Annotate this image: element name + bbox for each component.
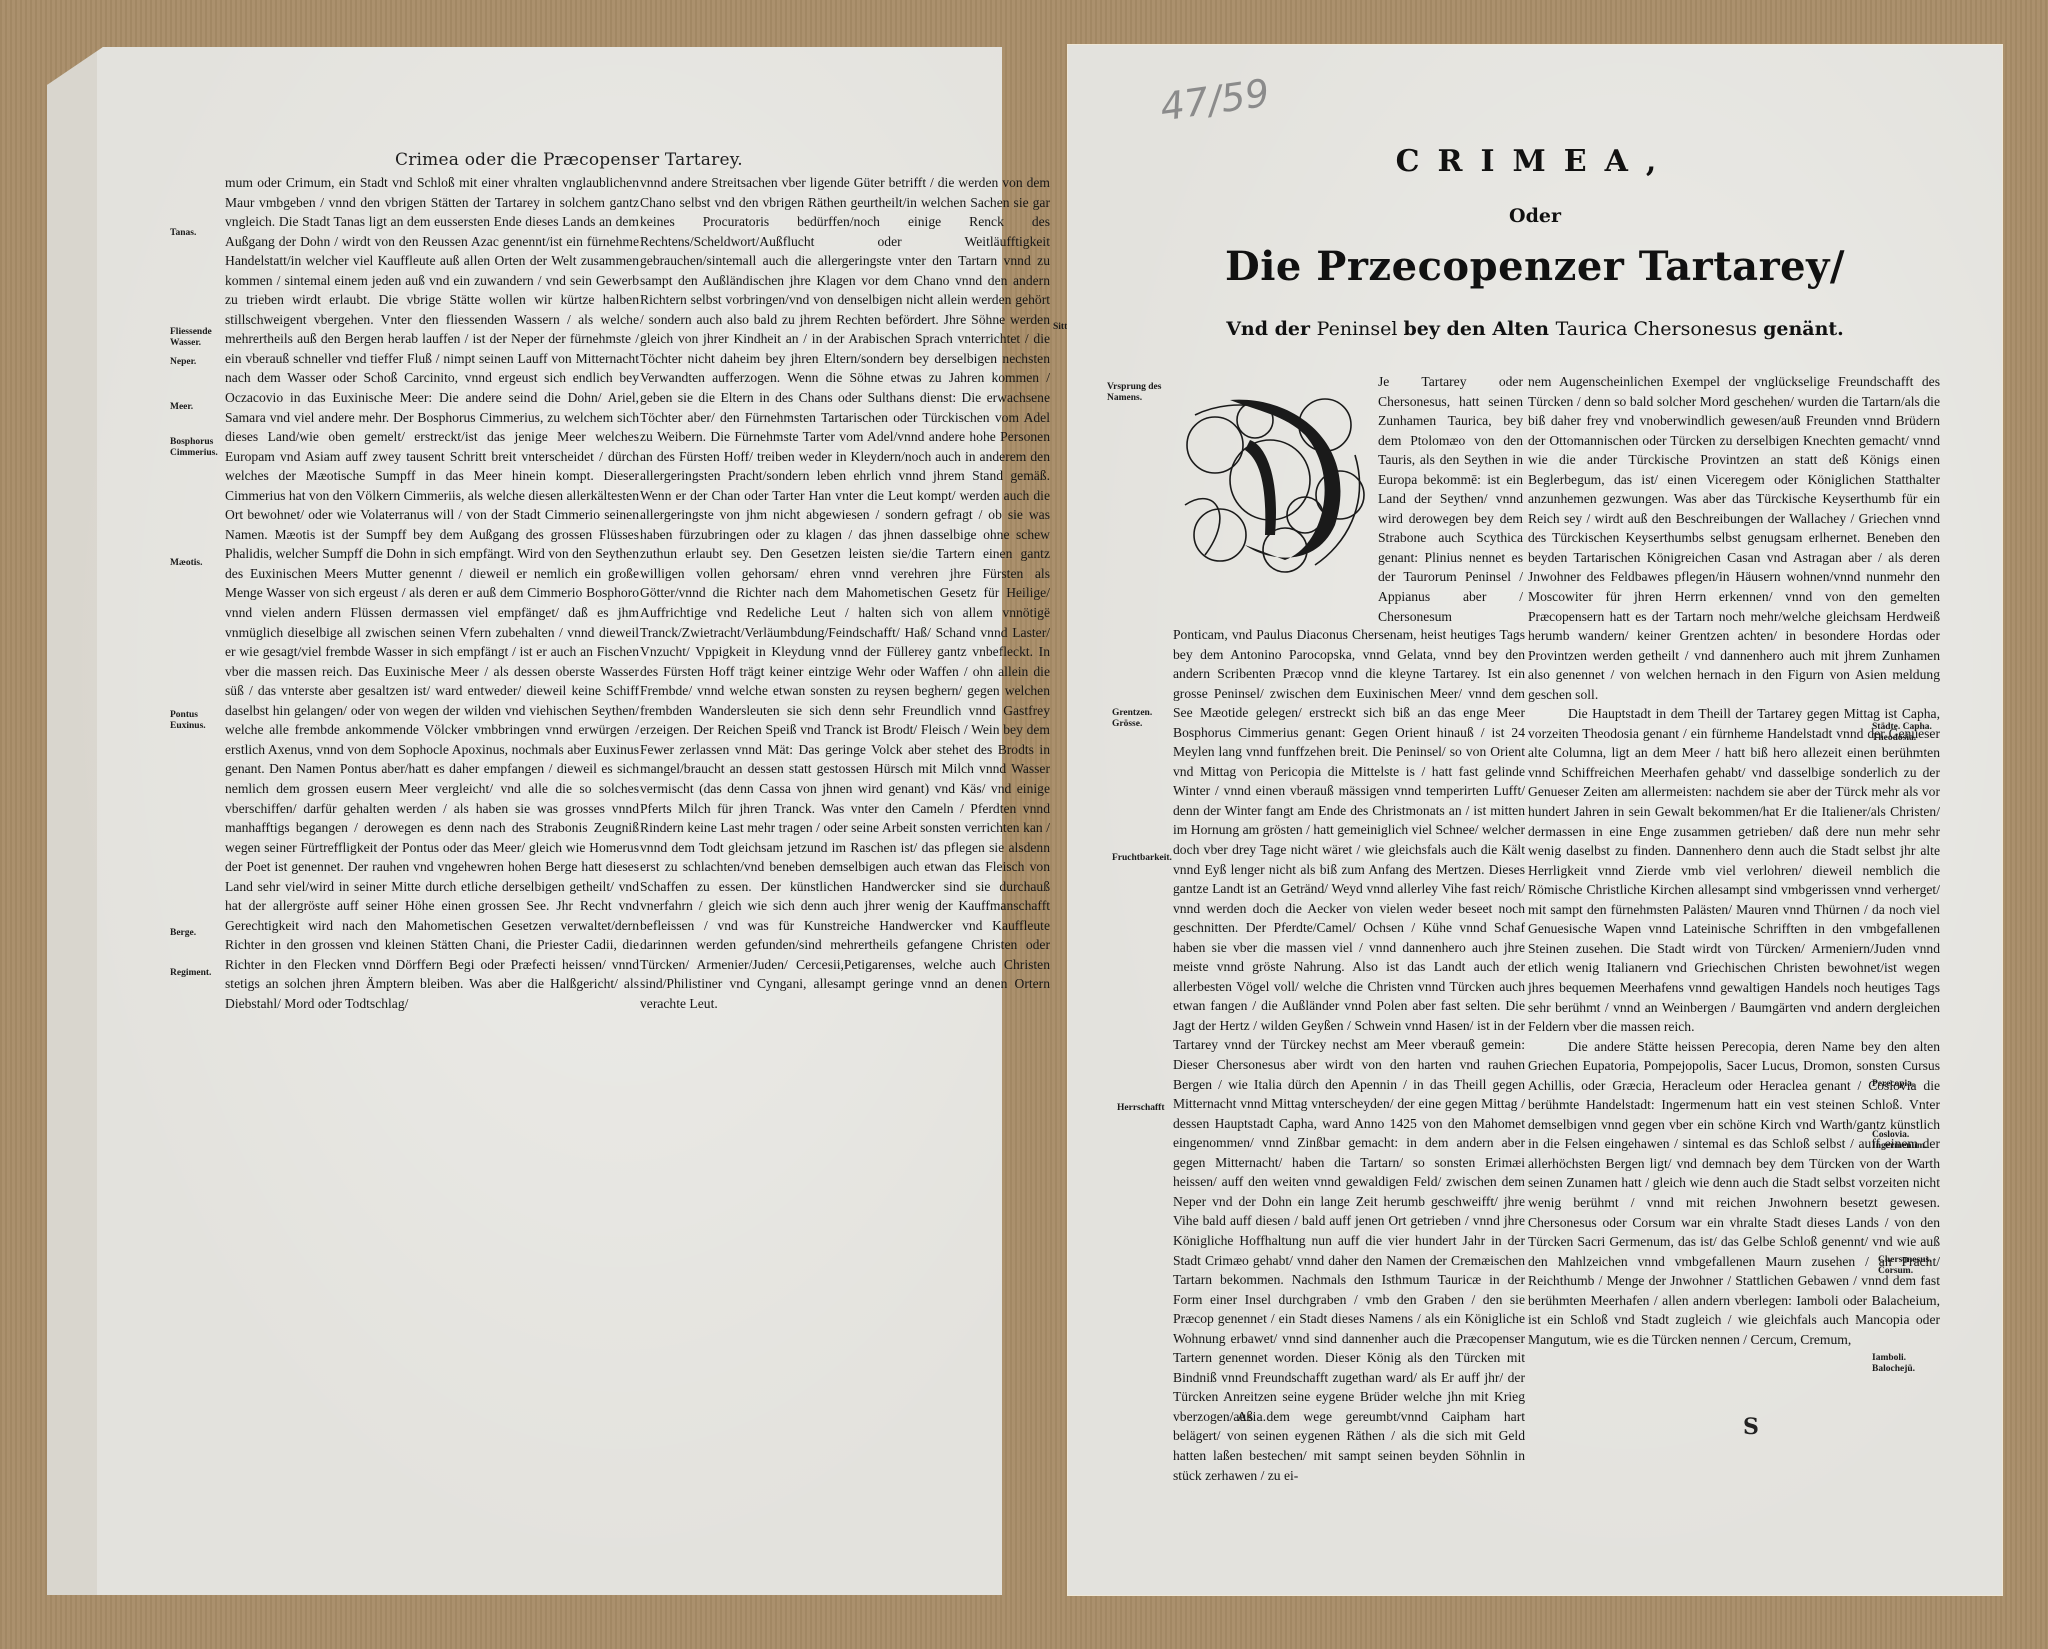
subtitle-part: genänt. xyxy=(1763,318,1844,340)
right-page-column-1-beside-dropcap: Je Tartarey oder Chersonesus, hatt seine… xyxy=(1378,372,1523,626)
margin-note: Herrschafft xyxy=(1117,1103,1177,1114)
subtitle-part: Taurica Chersonesus xyxy=(1556,318,1763,340)
column-paragraph: Die andere Stätte heissen Perecopia, der… xyxy=(1528,1037,1940,1350)
subtitle-part: bey den Alten xyxy=(1404,318,1556,340)
margin-note: Meer. xyxy=(170,402,225,413)
column-text: vnnd andere Streitsachen vber ligende Gü… xyxy=(640,173,1050,1014)
margin-note: Vrsprung des Namens. xyxy=(1107,382,1167,404)
right-page-column-1: Ponticam, vnd Paulus Diaconus Chersenam,… xyxy=(1173,625,1525,1485)
column-paragraph: nem Augenscheinlichen Exempel der vnglüc… xyxy=(1528,372,1940,704)
running-head: Crimea oder die Præcopenser Tartarey. xyxy=(395,150,743,170)
margin-note: Iamboli. Balochejü. xyxy=(1872,1353,1932,1375)
ornamental-drop-cap-icon: D xyxy=(1175,385,1375,577)
paper-stain xyxy=(47,47,97,1595)
subtitle-part: Peninsel xyxy=(1317,318,1404,340)
margin-note: Berge. xyxy=(170,928,225,939)
margin-note: Fruchtbarkeit. xyxy=(1112,853,1172,864)
subtitle-part: Vnd der xyxy=(1226,318,1316,340)
column-text: Ponticam, vnd Paulus Diaconus Chersenam,… xyxy=(1173,625,1525,1485)
margin-note: Mæotis. xyxy=(170,558,225,569)
drop-cap-letter: D xyxy=(1175,385,1188,389)
margin-note: Tanas. xyxy=(170,228,225,239)
title-crimea: CRIMEA, xyxy=(1068,144,2002,179)
margin-note: Pontus Euxinus. xyxy=(170,710,225,732)
column-text: mum oder Crimum, ein Stadt vnd Schloß mi… xyxy=(225,173,639,1014)
left-page-column-2: vnnd andere Streitsachen vber ligende Gü… xyxy=(640,173,1050,1014)
catchword: Asia. xyxy=(1237,1410,1266,1426)
column-paragraph: Die Hauptstadt in dem Theill der Tartare… xyxy=(1528,704,1940,1036)
left-page-column-1: mum oder Crimum, ein Stadt vnd Schloß mi… xyxy=(225,173,639,1014)
title-oder: Oder xyxy=(1068,205,2002,227)
right-page-column-2: nem Augenscheinlichen Exempel der vnglüc… xyxy=(1528,372,1940,1349)
margin-note: Fliessende Wasser. xyxy=(170,327,225,349)
column-text: Je Tartarey oder Chersonesus, hatt seine… xyxy=(1378,372,1523,626)
title-subtitle: Vnd der Peninsel bey den Alten Taurica C… xyxy=(1068,318,2002,340)
margin-note: Grentzen. Grösse. xyxy=(1112,708,1172,730)
margin-note: Neper. xyxy=(170,357,225,368)
signature-mark: S xyxy=(1743,1414,1759,1440)
margin-note: Bosphorus Cimmerius. xyxy=(170,437,225,459)
margin-note: Regiment. xyxy=(170,968,225,979)
title-tartarey: Die Przecopenzer Tartarey/ xyxy=(1068,243,2002,290)
